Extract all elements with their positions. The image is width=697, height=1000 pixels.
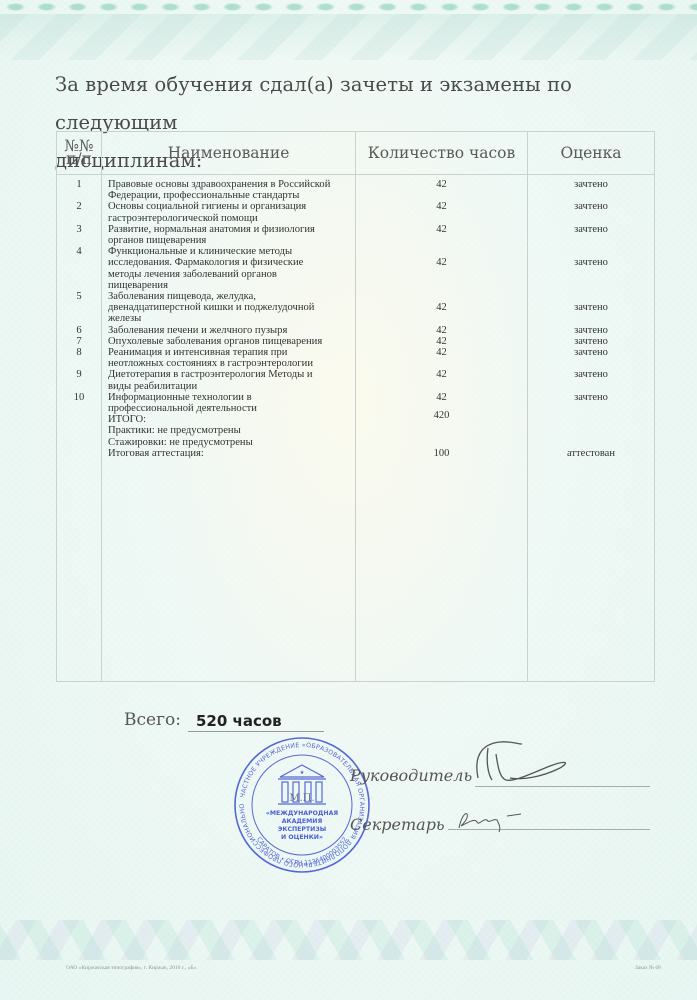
row-hours: 42 [356,392,527,403]
head-signature-label: Руководитель [350,766,472,785]
column-header-number: №№ п/п [57,132,102,175]
row-discipline-name: Функциональные и клинические методы [108,246,355,257]
final-attestation-label: Итоговая аттестация: [108,448,355,459]
row-number: 3 [57,224,101,235]
row-number: 6 [57,325,101,336]
row-grade: зачтено [528,179,654,190]
guilloche-pattern-bottom [0,920,697,960]
row-grade: зачтено [528,201,654,212]
row-number: 8 [57,347,101,358]
column-header-hours: Количество часов [356,132,528,175]
row-hours: 42 [356,257,527,268]
row-number: 2 [57,201,101,212]
internship-row: Стажировки: не предусмотрены [108,437,355,448]
row-discipline-name: пищеварения [108,280,355,291]
svg-text:★: ★ [300,770,305,776]
final-attestation-hours: 100 [356,448,527,459]
total-label: Всего: [124,710,181,730]
number-column: 12345678910 [57,175,102,682]
row-hours: 42 [356,179,527,190]
total-row-label: ИТОГО: [108,414,355,425]
svg-text:М.П.: М.П. [289,793,314,804]
secretary-signature [455,808,535,833]
row-number: 4 [57,246,101,257]
svg-text:ЭКСПЕРТИЗЫ: ЭКСПЕРТИЗЫ [278,826,326,833]
row-discipline-name: Информационные технологии в [108,392,355,403]
official-seal-stamp: ЧАСТНОЕ УЧРЕЖДЕНИЕ «ОБРАЗОВАТЕЛЬНАЯ ОРГА… [232,735,372,875]
row-grade: зачтено [528,224,654,235]
printer-info: ОАО «Киржачская типография», г. Киржач, … [66,965,196,971]
row-hours: 42 [356,201,527,212]
row-number: 9 [57,369,101,380]
row-grade: зачтено [528,257,654,268]
row-discipline-name: железы [108,313,355,324]
row-number: 1 [57,179,101,190]
row-discipline-name: исследования. Фармакология и физические [108,257,355,268]
total-hours-value: 520 часов [188,711,324,732]
row-grade: зачтено [528,392,654,403]
head-signature [470,738,580,788]
row-discipline-name: органов пищеварения [108,235,355,246]
secretary-signature-label: Секретарь [350,815,445,834]
row-discipline-name: Правовые основы здравоохранения в Россий… [108,179,355,190]
guilloche-pattern-top [0,14,697,60]
row-grade: зачтено [528,302,654,313]
row-hours: 42 [356,336,527,347]
grade-column: зачтенозачтенозачтенозачтенозачтенозачте… [528,175,655,682]
practice-row: Практики: не предусмотрены [108,425,355,436]
row-discipline-name: Диетотерапия в гастроэнтерология Методы … [108,369,355,380]
svg-text:И ОЦЕНКИ»: И ОЦЕНКИ» [281,834,323,841]
row-discipline-name: Опухолевые заболевания органов пищеварен… [108,336,355,347]
svg-text:«МЕЖДУНАРОДНАЯ: «МЕЖДУНАРОДНАЯ [266,810,338,817]
row-discipline-name: Заболевания пищевода, желудка, [108,291,355,302]
hours-column: 42424242424242424242420100 [356,175,528,682]
total-row-hours: 420 [356,410,527,421]
row-hours: 42 [356,224,527,235]
row-discipline-name: Основы социальной гигиены и организация [108,201,355,212]
row-number: 10 [57,392,101,403]
row-hours: 42 [356,369,527,380]
order-number: Заказ № 68 [635,965,661,971]
final-attestation-grade: аттестован [528,448,654,459]
row-discipline-name: неотложных состояниях в гастроэнтерологи… [108,358,355,369]
row-hours: 42 [356,325,527,336]
row-discipline-name: профессиональной деятельности [108,403,355,414]
svg-text:АКАДЕМИЯ: АКАДЕМИЯ [282,818,323,825]
name-column: Правовые основы здравоохранения в Россий… [102,175,356,682]
row-discipline-name: двенадцатиперстной кишки и поджелудочной [108,302,355,313]
row-discipline-name: Развитие, нормальная анатомия и физиолог… [108,224,355,235]
row-discipline-name: Заболевания печени и желчного пузыря [108,325,355,336]
row-discipline-name: Реанимация и интенсивная терапия при [108,347,355,358]
row-discipline-name: гастроэнтерологической помощи [108,213,355,224]
column-header-name: Наименование [102,132,356,175]
row-discipline-name: методы лечения заболеваний органов [108,269,355,280]
row-grade: зачтено [528,325,654,336]
column-header-grade: Оценка [528,132,655,175]
row-discipline-name: Федерации, профессиональные стандарты [108,190,355,201]
row-number: 5 [57,291,101,302]
disciplines-table: №№ п/п Наименование Количество часов Оце… [56,131,655,682]
row-hours: 42 [356,302,527,313]
row-grade: зачтено [528,369,654,380]
table-header-row: №№ п/п Наименование Количество часов Оце… [57,132,655,175]
decorative-border-top [0,0,697,14]
row-hours: 42 [356,347,527,358]
row-grade: зачтено [528,347,654,358]
row-number: 7 [57,336,101,347]
row-discipline-name: виды реабилитации [108,381,355,392]
row-grade: зачтено [528,336,654,347]
